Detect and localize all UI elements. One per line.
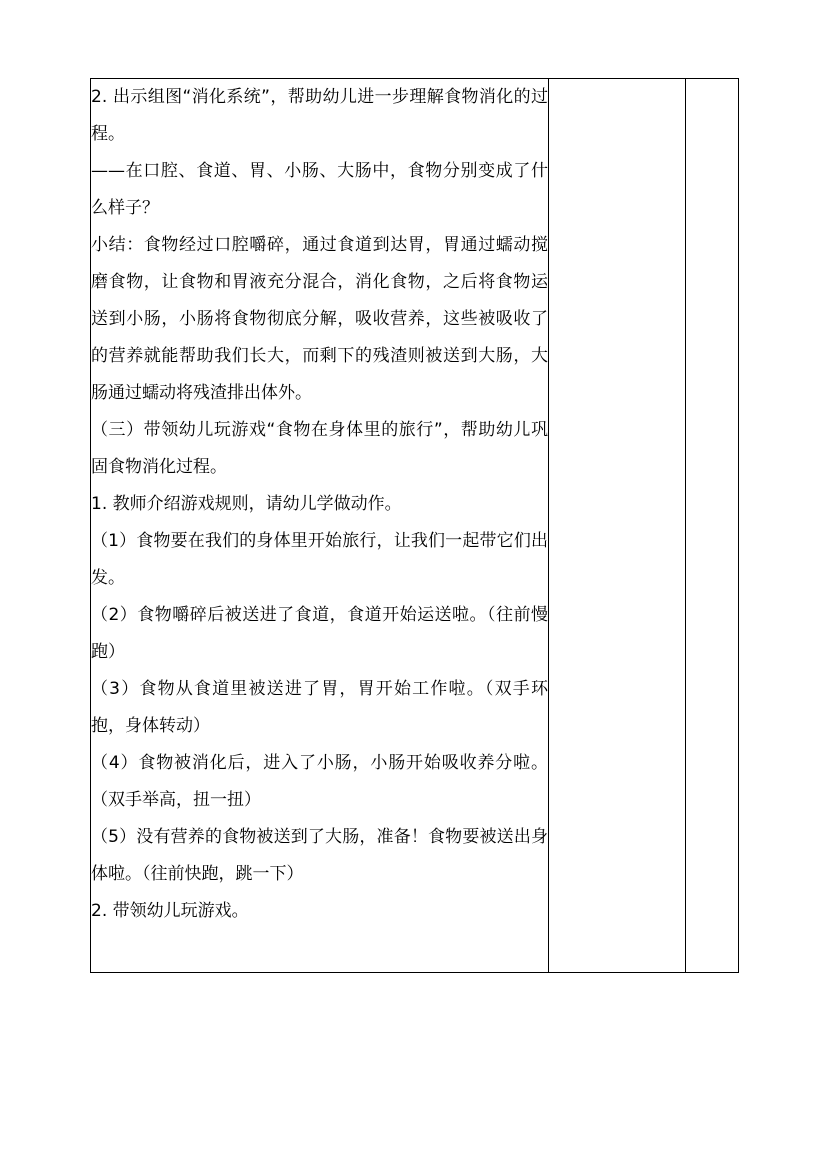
paragraph-show-digestive-system-diagram: 2. 出示组图“消化系统”，帮助幼儿进一步理解食物消化的过程。 [91,79,548,153]
paragraph-lead-children-play: 2. 带领幼儿玩游戏。 [91,893,548,930]
activity-content-cell: 2. 出示组图“消化系统”，帮助幼儿进一步理解食物消化的过程。 ——在口腔、食道… [91,79,549,973]
paragraph-game-step-1: （1）食物要在我们的身体里开始旅行，让我们一起带它们出发。 [91,523,548,597]
lesson-plan-table: 2. 出示组图“消化系统”，帮助幼儿进一步理解食物消化的过程。 ——在口腔、食道… [90,78,739,973]
paragraph-game-step-2: （2）食物嚼碎后被送进了食道，食道开始运送啦。（往前慢跑） [91,597,548,671]
document-page: 2. 出示组图“消化系统”，帮助幼儿进一步理解食物消化的过程。 ——在口腔、食道… [0,0,827,1170]
paragraph-game-step-5: （5）没有营养的食物被送到了大肠，准备！食物要被送出身体啦。（往前快跑，跳一下） [91,819,548,893]
table-row: 2. 出示组图“消化系统”，帮助幼儿进一步理解食物消化的过程。 ——在口腔、食道… [91,79,739,973]
paragraph-summary-digestion: 小结：食物经过口腔嚼碎，通过食道到达胃，胃通过蠕动搅磨食物，让食物和胃液充分混合… [91,227,548,412]
paragraph-teacher-introduces-rules: 1. 教师介绍游戏规则，请幼儿学做动作。 [91,486,548,523]
empty-cell-right [686,79,739,973]
paragraph-game-step-4: （4）食物被消化后，进入了小肠，小肠开始吸收养分啦。（双手举高，扭一扭） [91,745,548,819]
paragraph-question-organs: ——在口腔、食道、胃、小肠、大肠中，食物分别变成了什么样子？ [91,153,548,227]
paragraph-game-step-3: （3）食物从食道里被送进了胃，胃开始工作啦。（双手环抱，身体转动） [91,671,548,745]
empty-cell-middle [549,79,686,973]
paragraph-section-three-game: （三）带领幼儿玩游戏“食物在身体里的旅行”，帮助幼儿巩固食物消化过程。 [91,412,548,486]
